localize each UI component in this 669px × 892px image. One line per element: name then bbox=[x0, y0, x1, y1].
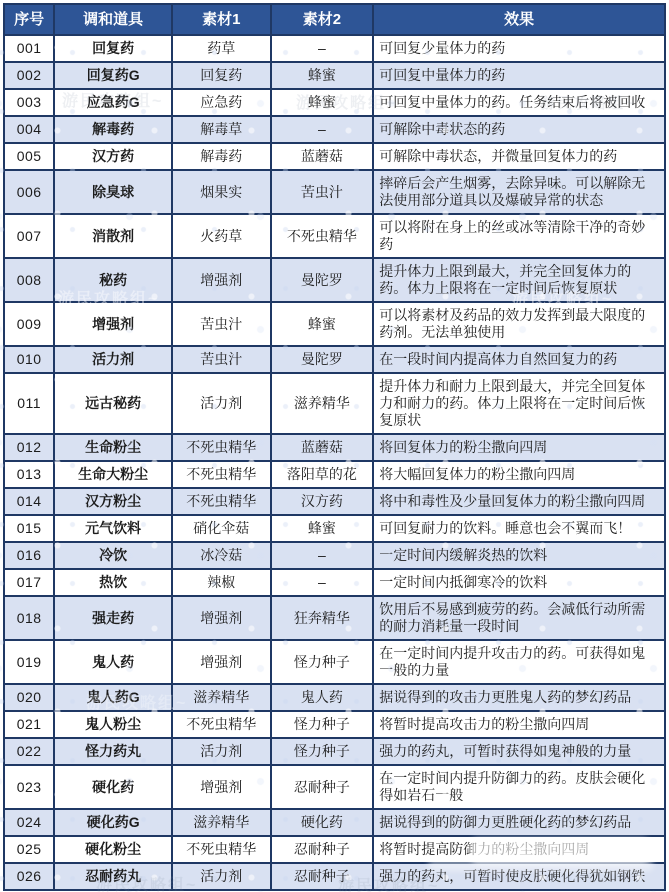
effect-text: 将回复体力的粉尘撒向四周 bbox=[373, 434, 665, 461]
effect-text: 一定时间内缓解炎热的饮料 bbox=[373, 542, 665, 569]
effect-text: 摔碎后会产生烟雾，去除异味。可以解除无法使用部分道具以及爆破异常的状态 bbox=[373, 170, 665, 214]
row-serial-number: 006 bbox=[4, 170, 54, 214]
effect-text: 饮用后不易感到疲劳的药。会减低行动所需的耐力消耗量一段时间 bbox=[373, 596, 665, 640]
effect-text: 可回复中量体力的药。任务结束后将被回收 bbox=[373, 89, 665, 116]
header-effect: 效果 bbox=[373, 4, 665, 35]
material-2-name: 鬼人药 bbox=[271, 684, 374, 711]
effect-text: 可回复少量体力的药 bbox=[373, 35, 665, 62]
material-1-name: 烟果实 bbox=[172, 170, 271, 214]
table-body: 001回复药药草–可回复少量体力的药002回复药G回复药蜂蜜可回复中量体力的药0… bbox=[4, 35, 665, 890]
material-2-name: – bbox=[271, 542, 374, 569]
material-2-name: 苦虫汁 bbox=[271, 170, 374, 214]
crafted-item-name: 应急药G bbox=[54, 89, 172, 116]
material-2-name: 蜂蜜 bbox=[271, 62, 374, 89]
material-2-name: 蜂蜜 bbox=[271, 89, 374, 116]
material-2-name: – bbox=[271, 35, 374, 62]
material-1-name: 药草 bbox=[172, 35, 271, 62]
table-row: 016冷饮冰冷菇–一定时间内缓解炎热的饮料 bbox=[4, 542, 665, 569]
table-row: 011远古秘药活力剂滋养精华提升体力和耐力上限到最大，并完全回复体力和耐力的药。… bbox=[4, 373, 665, 434]
effect-text: 将中和毒性及少量回复体力的粉尘撒向四周 bbox=[373, 488, 665, 515]
material-2-name: 怪力种子 bbox=[271, 738, 374, 765]
material-2-name: 忍耐种子 bbox=[271, 863, 374, 890]
material-2-name: 汉方药 bbox=[271, 488, 374, 515]
crafted-item-name: 增强剂 bbox=[54, 302, 172, 346]
table-row: 015元气饮料硝化伞菇蜂蜜可回复耐力的饮料。睡意也会不翼而飞！ bbox=[4, 515, 665, 542]
crafted-item-name: 硬化药G bbox=[54, 809, 172, 836]
table-row: 018强走药增强剂狂奔精华饮用后不易感到疲劳的药。会减低行动所需的耐力消耗量一段… bbox=[4, 596, 665, 640]
header-material-1: 素材1 bbox=[172, 4, 271, 35]
header-material-2: 素材2 bbox=[271, 4, 374, 35]
crafted-item-name: 生命粉尘 bbox=[54, 434, 172, 461]
row-serial-number: 024 bbox=[4, 809, 54, 836]
table-row: 008秘药增强剂曼陀罗提升体力上限到最大，并完全回复体力的药。体力上限将在一定时… bbox=[4, 258, 665, 302]
crafted-item-name: 解毒药 bbox=[54, 116, 172, 143]
table-row: 012生命粉尘不死虫精华蓝蘑菇将回复体力的粉尘撒向四周 bbox=[4, 434, 665, 461]
row-serial-number: 020 bbox=[4, 684, 54, 711]
crafted-item-name: 回复药 bbox=[54, 35, 172, 62]
material-2-name: 不死虫精华 bbox=[271, 214, 374, 258]
header-serial-number: 序号 bbox=[4, 4, 54, 35]
material-1-name: 解毒药 bbox=[172, 143, 271, 170]
row-serial-number: 019 bbox=[4, 640, 54, 684]
table-row: 009增强剂苦虫汁蜂蜜可以将素材及药品的效力发挥到最大限度的药剂。无法单独使用 bbox=[4, 302, 665, 346]
material-1-name: 火药草 bbox=[172, 214, 271, 258]
crafting-guide-page: 序号 调和道具 素材1 素材2 效果 001回复药药草–可回复少量体力的药002… bbox=[0, 0, 669, 892]
effect-text: 可解除中毒状态，并微量回复体力的药 bbox=[373, 143, 665, 170]
crafted-item-name: 硬化粉尘 bbox=[54, 836, 172, 863]
material-2-name: 蓝蘑菇 bbox=[271, 143, 374, 170]
material-1-name: 增强剂 bbox=[172, 258, 271, 302]
table-row: 004解毒药解毒草–可解除中毒状态的药 bbox=[4, 116, 665, 143]
crafted-item-name: 汉方药 bbox=[54, 143, 172, 170]
row-serial-number: 004 bbox=[4, 116, 54, 143]
material-1-name: 苦虫汁 bbox=[172, 302, 271, 346]
material-1-name: 解毒草 bbox=[172, 116, 271, 143]
table-row: 013生命大粉尘不死虫精华落阳草的花将大幅回复体力的粉尘撒向四周 bbox=[4, 461, 665, 488]
table-row: 022怪力药丸活力剂怪力种子强力的药丸，可暂时获得如鬼神般的力量 bbox=[4, 738, 665, 765]
effect-text: 可解除中毒状态的药 bbox=[373, 116, 665, 143]
crafted-item-name: 活力剂 bbox=[54, 346, 172, 373]
material-1-name: 冰冷菇 bbox=[172, 542, 271, 569]
row-serial-number: 002 bbox=[4, 62, 54, 89]
effect-text: 强力的药丸，可暂时使皮肤硬化得犹如钢铁 bbox=[373, 863, 665, 890]
row-serial-number: 008 bbox=[4, 258, 54, 302]
table-row: 026忍耐药丸活力剂忍耐种子强力的药丸，可暂时使皮肤硬化得犹如钢铁 bbox=[4, 863, 665, 890]
row-serial-number: 015 bbox=[4, 515, 54, 542]
material-1-name: 增强剂 bbox=[172, 596, 271, 640]
material-2-name: 滋养精华 bbox=[271, 373, 374, 434]
row-serial-number: 011 bbox=[4, 373, 54, 434]
crafted-item-name: 除臭球 bbox=[54, 170, 172, 214]
table-row: 025硬化粉尘不死虫精华忍耐种子将暂时提高防御力的粉尘撒向四周 bbox=[4, 836, 665, 863]
crafted-item-name: 汉方粉尘 bbox=[54, 488, 172, 515]
effect-text: 在一定时间内提升防御力的药。皮肤会硬化得如岩石一般 bbox=[373, 765, 665, 809]
effect-text: 可回复耐力的饮料。睡意也会不翼而飞！ bbox=[373, 515, 665, 542]
material-1-name: 不死虫精华 bbox=[172, 461, 271, 488]
material-1-name: 苦虫汁 bbox=[172, 346, 271, 373]
row-serial-number: 021 bbox=[4, 711, 54, 738]
material-2-name: 硬化药 bbox=[271, 809, 374, 836]
crafted-item-name: 生命大粉尘 bbox=[54, 461, 172, 488]
header-crafted-item: 调和道具 bbox=[54, 4, 172, 35]
table-row: 019鬼人药增强剂怪力种子在一定时间内提升攻击力的药。可获得如鬼一般的力量 bbox=[4, 640, 665, 684]
material-2-name: 忍耐种子 bbox=[271, 765, 374, 809]
row-serial-number: 001 bbox=[4, 35, 54, 62]
crafted-item-name: 忍耐药丸 bbox=[54, 863, 172, 890]
effect-text: 将暂时提高防御力的粉尘撒向四周 bbox=[373, 836, 665, 863]
crafted-item-name: 消散剂 bbox=[54, 214, 172, 258]
material-2-name: 蓝蘑菇 bbox=[271, 434, 374, 461]
effect-text: 据说得到的攻击力更胜鬼人药的梦幻药品 bbox=[373, 684, 665, 711]
material-2-name: 曼陀罗 bbox=[271, 346, 374, 373]
row-serial-number: 016 bbox=[4, 542, 54, 569]
material-2-name: 狂奔精华 bbox=[271, 596, 374, 640]
table-row: 021鬼人粉尘不死虫精华怪力种子将暂时提高攻击力的粉尘撒向四周 bbox=[4, 711, 665, 738]
crafted-item-name: 元气饮料 bbox=[54, 515, 172, 542]
material-1-name: 应急药 bbox=[172, 89, 271, 116]
table-row: 007消散剂火药草不死虫精华可以将附在身上的丝或冰等清除干净的奇妙药 bbox=[4, 214, 665, 258]
material-2-name: – bbox=[271, 116, 374, 143]
effect-text: 可以将附在身上的丝或冰等清除干净的奇妙药 bbox=[373, 214, 665, 258]
table-header-row: 序号 调和道具 素材1 素材2 效果 bbox=[4, 4, 665, 35]
row-serial-number: 013 bbox=[4, 461, 54, 488]
table-row: 005汉方药解毒药蓝蘑菇可解除中毒状态，并微量回复体力的药 bbox=[4, 143, 665, 170]
row-serial-number: 005 bbox=[4, 143, 54, 170]
material-2-name: 落阳草的花 bbox=[271, 461, 374, 488]
effect-text: 将暂时提高攻击力的粉尘撒向四周 bbox=[373, 711, 665, 738]
material-1-name: 不死虫精华 bbox=[172, 488, 271, 515]
row-serial-number: 018 bbox=[4, 596, 54, 640]
crafted-item-name: 硬化药 bbox=[54, 765, 172, 809]
material-1-name: 回复药 bbox=[172, 62, 271, 89]
material-1-name: 活力剂 bbox=[172, 863, 271, 890]
crafted-item-name: 冷饮 bbox=[54, 542, 172, 569]
table-row: 020鬼人药G滋养精华鬼人药据说得到的攻击力更胜鬼人药的梦幻药品 bbox=[4, 684, 665, 711]
material-2-name: 蜂蜜 bbox=[271, 302, 374, 346]
table-row: 023硬化药增强剂忍耐种子在一定时间内提升防御力的药。皮肤会硬化得如岩石一般 bbox=[4, 765, 665, 809]
row-serial-number: 003 bbox=[4, 89, 54, 116]
crafted-item-name: 怪力药丸 bbox=[54, 738, 172, 765]
material-2-name: 怪力种子 bbox=[271, 640, 374, 684]
row-serial-number: 025 bbox=[4, 836, 54, 863]
effect-text: 将大幅回复体力的粉尘撒向四周 bbox=[373, 461, 665, 488]
material-1-name: 滋养精华 bbox=[172, 809, 271, 836]
effect-text: 可以将素材及药品的效力发挥到最大限度的药剂。无法单独使用 bbox=[373, 302, 665, 346]
row-serial-number: 012 bbox=[4, 434, 54, 461]
table-row: 002回复药G回复药蜂蜜可回复中量体力的药 bbox=[4, 62, 665, 89]
table-row: 003应急药G应急药蜂蜜可回复中量体力的药。任务结束后将被回收 bbox=[4, 89, 665, 116]
material-2-name: – bbox=[271, 569, 374, 596]
material-2-name: 怪力种子 bbox=[271, 711, 374, 738]
crafted-item-name: 热饮 bbox=[54, 569, 172, 596]
table-row: 024硬化药G滋养精华硬化药据说得到的防御力更胜硬化药的梦幻药品 bbox=[4, 809, 665, 836]
row-serial-number: 010 bbox=[4, 346, 54, 373]
material-1-name: 辣椒 bbox=[172, 569, 271, 596]
effect-text: 强力的药丸，可暂时获得如鬼神般的力量 bbox=[373, 738, 665, 765]
material-1-name: 增强剂 bbox=[172, 765, 271, 809]
material-2-name: 忍耐种子 bbox=[271, 836, 374, 863]
table-row: 010活力剂苦虫汁曼陀罗在一段时间内提高体力自然回复力的药 bbox=[4, 346, 665, 373]
crafted-item-name: 鬼人药G bbox=[54, 684, 172, 711]
material-1-name: 不死虫精华 bbox=[172, 836, 271, 863]
row-serial-number: 017 bbox=[4, 569, 54, 596]
effect-text: 在一段时间内提高体力自然回复力的药 bbox=[373, 346, 665, 373]
crafted-item-name: 回复药G bbox=[54, 62, 172, 89]
material-1-name: 不死虫精华 bbox=[172, 711, 271, 738]
material-1-name: 增强剂 bbox=[172, 640, 271, 684]
crafted-item-name: 鬼人药 bbox=[54, 640, 172, 684]
crafted-item-name: 远古秘药 bbox=[54, 373, 172, 434]
crafted-item-name: 鬼人粉尘 bbox=[54, 711, 172, 738]
row-serial-number: 007 bbox=[4, 214, 54, 258]
row-serial-number: 009 bbox=[4, 302, 54, 346]
table-row: 017热饮辣椒–一定时间内抵御寒冷的饮料 bbox=[4, 569, 665, 596]
crafting-items-table: 序号 调和道具 素材1 素材2 效果 001回复药药草–可回复少量体力的药002… bbox=[3, 3, 666, 891]
material-1-name: 活力剂 bbox=[172, 738, 271, 765]
crafted-item-name: 强走药 bbox=[54, 596, 172, 640]
table-row: 014汉方粉尘不死虫精华汉方药将中和毒性及少量回复体力的粉尘撒向四周 bbox=[4, 488, 665, 515]
effect-text: 一定时间内抵御寒冷的饮料 bbox=[373, 569, 665, 596]
effect-text: 提升体力和耐力上限到最大，并完全回复体力和耐力的药。体力上限将在一定时间后恢复原… bbox=[373, 373, 665, 434]
row-serial-number: 014 bbox=[4, 488, 54, 515]
effect-text: 提升体力上限到最大，并完全回复体力的药。体力上限将在一定时间后恢复原状 bbox=[373, 258, 665, 302]
row-serial-number: 022 bbox=[4, 738, 54, 765]
row-serial-number: 026 bbox=[4, 863, 54, 890]
effect-text: 在一定时间内提升攻击力的药。可获得如鬼一般的力量 bbox=[373, 640, 665, 684]
material-1-name: 硝化伞菇 bbox=[172, 515, 271, 542]
material-1-name: 活力剂 bbox=[172, 373, 271, 434]
material-2-name: 曼陀罗 bbox=[271, 258, 374, 302]
crafted-item-name: 秘药 bbox=[54, 258, 172, 302]
material-1-name: 滋养精华 bbox=[172, 684, 271, 711]
material-2-name: 蜂蜜 bbox=[271, 515, 374, 542]
table-row: 001回复药药草–可回复少量体力的药 bbox=[4, 35, 665, 62]
effect-text: 可回复中量体力的药 bbox=[373, 62, 665, 89]
row-serial-number: 023 bbox=[4, 765, 54, 809]
material-1-name: 不死虫精华 bbox=[172, 434, 271, 461]
effect-text: 据说得到的防御力更胜硬化药的梦幻药品 bbox=[373, 809, 665, 836]
table-row: 006除臭球烟果实苦虫汁摔碎后会产生烟雾，去除异味。可以解除无法使用部分道具以及… bbox=[4, 170, 665, 214]
